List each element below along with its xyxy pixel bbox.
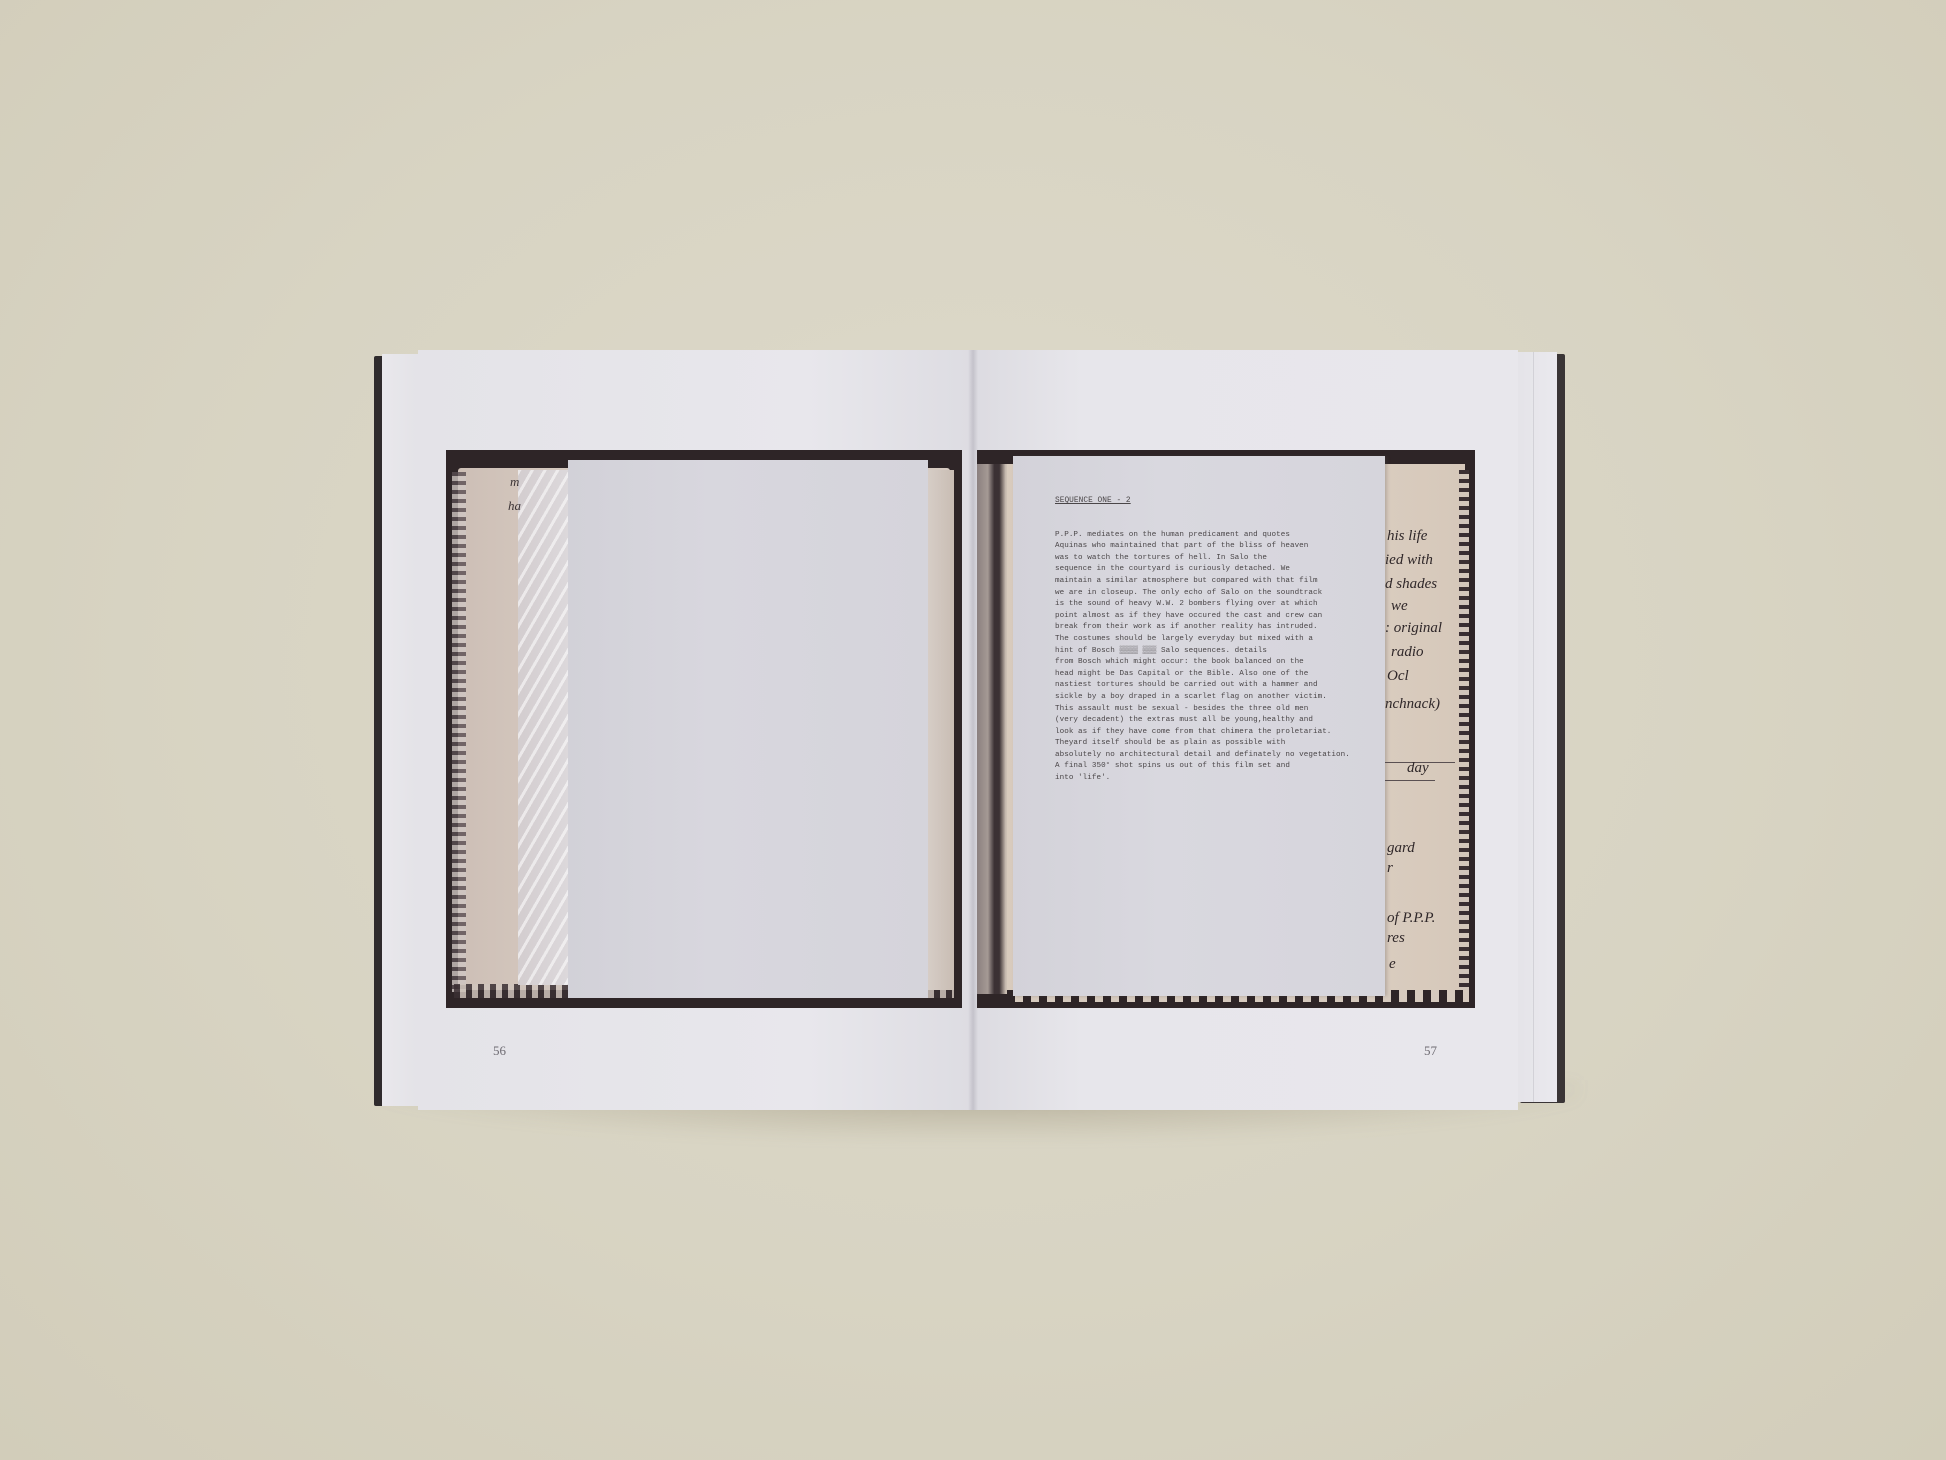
- handwriting-fragment: ha: [508, 498, 521, 514]
- typescript-line: sickle by a boy draped in a scarlet flag…: [1055, 692, 1375, 704]
- right-page-photograph: his life ied with d shades we : original…: [977, 450, 1475, 1008]
- scalloped-edge: [1459, 470, 1469, 990]
- typescript-line: break from their work as if another real…: [1055, 622, 1375, 634]
- handwriting-fragment: of P.P.P.: [1387, 910, 1435, 927]
- typescript-heading: SEQUENCE ONE - 2: [1055, 496, 1375, 508]
- typescript-text: SEQUENCE ONE - 2 P.P.P. mediates on the …: [1055, 496, 1375, 785]
- handwriting-fragment: nchnack): [1385, 696, 1440, 713]
- handwriting-fragment: e: [1389, 956, 1396, 973]
- typescript-line: The costumes should be largely everyday …: [1055, 634, 1375, 646]
- blank-translucent-sheet: [568, 460, 928, 998]
- handwriting-fragment: ied with: [1385, 552, 1433, 569]
- handwritten-rule: [1385, 780, 1435, 781]
- typescript-line: point almost as if they have occured the…: [1055, 611, 1375, 623]
- typescript-line: maintain a similar atmosphere but compar…: [1055, 576, 1375, 588]
- typescript-line: P.P.P. mediates on the human predicament…: [1055, 530, 1375, 542]
- typescript-line: is the sound of heavy W.W. 2 bombers fly…: [1055, 599, 1375, 611]
- handwriting-fragment: we: [1391, 598, 1408, 615]
- handwriting-fragment: : original: [1385, 620, 1442, 637]
- typescript-line: (very decadent) the extras must all be y…: [1055, 715, 1375, 727]
- typescript-line: we are in closeup. The only echo of Salo…: [1055, 588, 1375, 600]
- page-number-right: 57: [1424, 1043, 1437, 1059]
- page-number-left: 56: [493, 1043, 506, 1059]
- typescript-line: head might be Das Capital or the Bible. …: [1055, 669, 1375, 681]
- handwriting-fragment: m: [510, 474, 519, 490]
- typescript-line: Theyard itself should be as plain as pos…: [1055, 738, 1375, 750]
- typescript-line: was to watch the tortures of hell. In Sa…: [1055, 553, 1375, 565]
- left-page-photograph: m ha: [446, 450, 962, 1008]
- scalloped-edge: [452, 472, 466, 992]
- handwriting-fragment: res: [1387, 930, 1405, 947]
- handwriting-fragment: his life: [1387, 528, 1427, 545]
- handwriting-fragment: Ocl: [1387, 668, 1409, 685]
- typescript-line: absolutely no architectural detail and d…: [1055, 750, 1375, 762]
- handwriting-fragment: day: [1407, 760, 1429, 777]
- handwriting-fragment: gard: [1387, 840, 1415, 857]
- typescript-line: from Bosch which might occur: the book b…: [1055, 657, 1375, 669]
- typescript-line: Aquinas who maintained that part of the …: [1055, 541, 1375, 553]
- lace-strip: [518, 470, 568, 985]
- page-edge-strip: [928, 470, 954, 990]
- handwriting-fragment: r: [1387, 860, 1393, 877]
- typescript-line: look as if they have come from that chim…: [1055, 727, 1375, 739]
- typescript-line: into 'life'.: [1055, 773, 1375, 785]
- photo-scene: m ha his life ied with d shades we : ori…: [0, 0, 1946, 1460]
- handwriting-fragment: radio: [1391, 644, 1424, 661]
- typescript-line: nastiest tortures should be carried out …: [1055, 680, 1375, 692]
- typescript-line: This assault must be sexual - besides th…: [1055, 704, 1375, 716]
- typescript-sheet: SEQUENCE ONE - 2 P.P.P. mediates on the …: [1013, 456, 1385, 996]
- typescript-line: sequence in the courtyard is curiously d…: [1055, 564, 1375, 576]
- handwriting-fragment: d shades: [1385, 576, 1437, 593]
- typescript-line: A final 350° shot spins us out of this f…: [1055, 761, 1375, 773]
- typescript-line: hint of Bosch ▒▒▒▒ ▒▒▒ Salo sequences. d…: [1055, 646, 1375, 658]
